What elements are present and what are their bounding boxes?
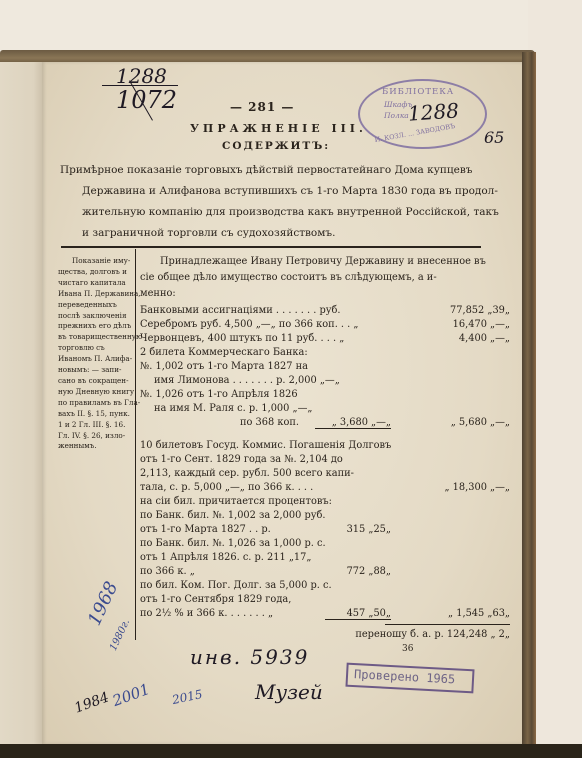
side-note: Показаніе иму- щества, долговъ и чистаго… bbox=[58, 256, 132, 452]
side-note-line: торговлю съ bbox=[58, 343, 132, 354]
ledger-subtotal: 315 „25„ bbox=[325, 524, 391, 535]
ledger-entry: по бил. Ком. Пог. Долг. за 5,000 р. с. bbox=[140, 580, 332, 591]
ledger-entry: №. 1,002 отъ 1-го Марта 1827 на bbox=[140, 361, 308, 372]
side-note-line: сано въ сокращен- bbox=[58, 376, 132, 387]
side-note-line: чистаго капитала bbox=[58, 278, 132, 289]
background-top bbox=[0, 0, 582, 52]
side-note-line: Гл. IV. §. 26, изло- bbox=[58, 431, 132, 442]
side-note-line: ную Дневную книгу bbox=[58, 387, 132, 398]
ledger-entry: 10 билетовъ Госуд. Коммис. Погашенія Дол… bbox=[140, 440, 391, 451]
ledger-entry: 2 билета Коммерческаго Банка: bbox=[140, 347, 308, 358]
side-note-line: въ товарищественную bbox=[58, 332, 132, 343]
summary-line: Примѣрное показаніе торговыхъ дѣйствій п… bbox=[60, 160, 520, 181]
ledger-entry: имя Лимонова . . . . . . . р. 2,000 „—„ bbox=[154, 375, 340, 386]
ledger-total: 4,400 „—„ bbox=[410, 333, 510, 344]
ledger-entry: Серебромъ руб. 4,500 „—„ по 366 коп. . .… bbox=[140, 319, 358, 330]
ledger-intro-line: менно: bbox=[140, 288, 176, 299]
side-note-line: женнымъ. bbox=[58, 441, 132, 452]
ledger-entry: на имя М. Раля с. р. 1,000 „—„ bbox=[154, 403, 312, 414]
ledger-entry: по Банк. бил. №. 1,002 за 2,000 руб. bbox=[140, 510, 326, 521]
page-number: — 281 — bbox=[230, 100, 294, 114]
ledger-total: „ 5,680 „—„ bbox=[395, 417, 510, 428]
side-note-line: щества, долговъ и bbox=[58, 267, 132, 278]
ledger-entry: отъ 1-го Сентября 1829 года, bbox=[140, 594, 291, 605]
ledger-entry: по Банк. бил. №. 1,026 за 1,000 р. с. bbox=[140, 538, 326, 549]
ledger-intro-line: Принадлежащее Ивану Петровичу Державину … bbox=[160, 256, 486, 267]
side-note-line: послѣ заключенія bbox=[58, 311, 132, 322]
inventory-number: инв. 5939 bbox=[190, 645, 309, 669]
column-divider bbox=[135, 249, 136, 640]
summary-line: Державина и Алифанова вступившихъ съ 1-г… bbox=[60, 181, 520, 202]
exercise-title: УПРАЖНЕНІЕ III. bbox=[190, 122, 367, 135]
ledger-total: 77,852 „39„ bbox=[410, 305, 510, 316]
signature-mark: 36 bbox=[402, 644, 413, 654]
sum-rule bbox=[385, 624, 510, 625]
stamp-line: БИБЛІОТЕКА bbox=[382, 87, 454, 97]
side-note-line: Показаніе иму- bbox=[58, 256, 132, 267]
carry-forward: переношу б. а. р. 124,248 „ 2„ bbox=[290, 629, 510, 640]
horizontal-rule bbox=[61, 246, 481, 248]
left-page-fold bbox=[0, 62, 42, 744]
summary-line: жительную компанію для производства какъ… bbox=[60, 202, 520, 223]
margin-mark: 65 bbox=[484, 128, 504, 147]
ledger-entry: по 2½ % и 366 к. . . . . . . „ bbox=[140, 608, 273, 619]
ledger-entry: Банковыми ассигнаціями . . . . . . . руб… bbox=[140, 305, 341, 316]
ledger-total: „ 18,300 „—„ bbox=[395, 482, 510, 493]
ledger-intro-line: сіе общее дѣло имущество состоитъ въ слѣ… bbox=[140, 272, 437, 283]
ledger-entry: тала, с. р. 5,000 „—„ по 366 к. . . . bbox=[140, 482, 313, 493]
stamp-handwritten-number: 1288 bbox=[407, 98, 459, 125]
museum-word: Музей bbox=[255, 680, 323, 704]
ledger-entry: отъ 1-го Сент. 1829 года за №. 2,104 до bbox=[140, 454, 343, 465]
ledger-entry: отъ 1-го Марта 1827 . . р. bbox=[140, 524, 271, 535]
side-note-line: Иваномъ П. Алифа- bbox=[58, 354, 132, 365]
stamp-line: Полка bbox=[384, 111, 409, 120]
ledger-entry: на сіи бил. причитается процентовъ: bbox=[140, 496, 332, 507]
ledger-subtotal: „ 3,680 „—„ bbox=[315, 417, 391, 429]
background-right bbox=[528, 0, 582, 758]
ledger-subtotal: 772 „88„ bbox=[325, 566, 391, 577]
side-note-line: переведенныхъ bbox=[58, 300, 132, 311]
contents-title: СОДЕРЖИТЪ: bbox=[222, 140, 330, 152]
side-note-line: прежнихъ его дѣлъ bbox=[58, 321, 132, 332]
ledger-entry: №. 1,026 отъ 1-го Апрѣля 1826 bbox=[140, 389, 298, 400]
summary-line: и заграничной торговли съ судохозяйством… bbox=[60, 223, 520, 244]
ledger-subtotal: 457 „50„ bbox=[325, 608, 391, 620]
ledger-entry: по 366 к. „ bbox=[140, 566, 195, 577]
summary-paragraph: Примѣрное показаніе торговыхъ дѣйствій п… bbox=[60, 160, 520, 244]
ledger-entry: 2,113, каждый сер. рубл. 500 всего капи- bbox=[140, 468, 354, 479]
ledger-entry: отъ 1 Апрѣля 1826. с. р. 211 „17„ bbox=[140, 552, 311, 563]
side-note-line: Ивана П. Державина, bbox=[58, 289, 132, 300]
background-bottom-shadow bbox=[0, 744, 582, 758]
ledger-entry: по 368 коп. bbox=[240, 417, 299, 428]
side-note-line: по правиламъ въ Гла- bbox=[58, 398, 132, 409]
ledger-total: „ 1,545 „63„ bbox=[395, 608, 510, 619]
side-note-line: 1 и 2 Гл. III. §. 16. bbox=[58, 420, 132, 431]
side-note-line: новымъ: — запи- bbox=[58, 365, 132, 376]
side-note-line: вахъ II. §. 15, пунк. bbox=[58, 409, 132, 420]
book-cover-right-edge bbox=[522, 52, 536, 744]
ledger-entry: Червонцевъ, 400 штукъ по 11 руб. . . . „ bbox=[140, 333, 344, 344]
ledger-total: 16,470 „—„ bbox=[410, 319, 510, 330]
